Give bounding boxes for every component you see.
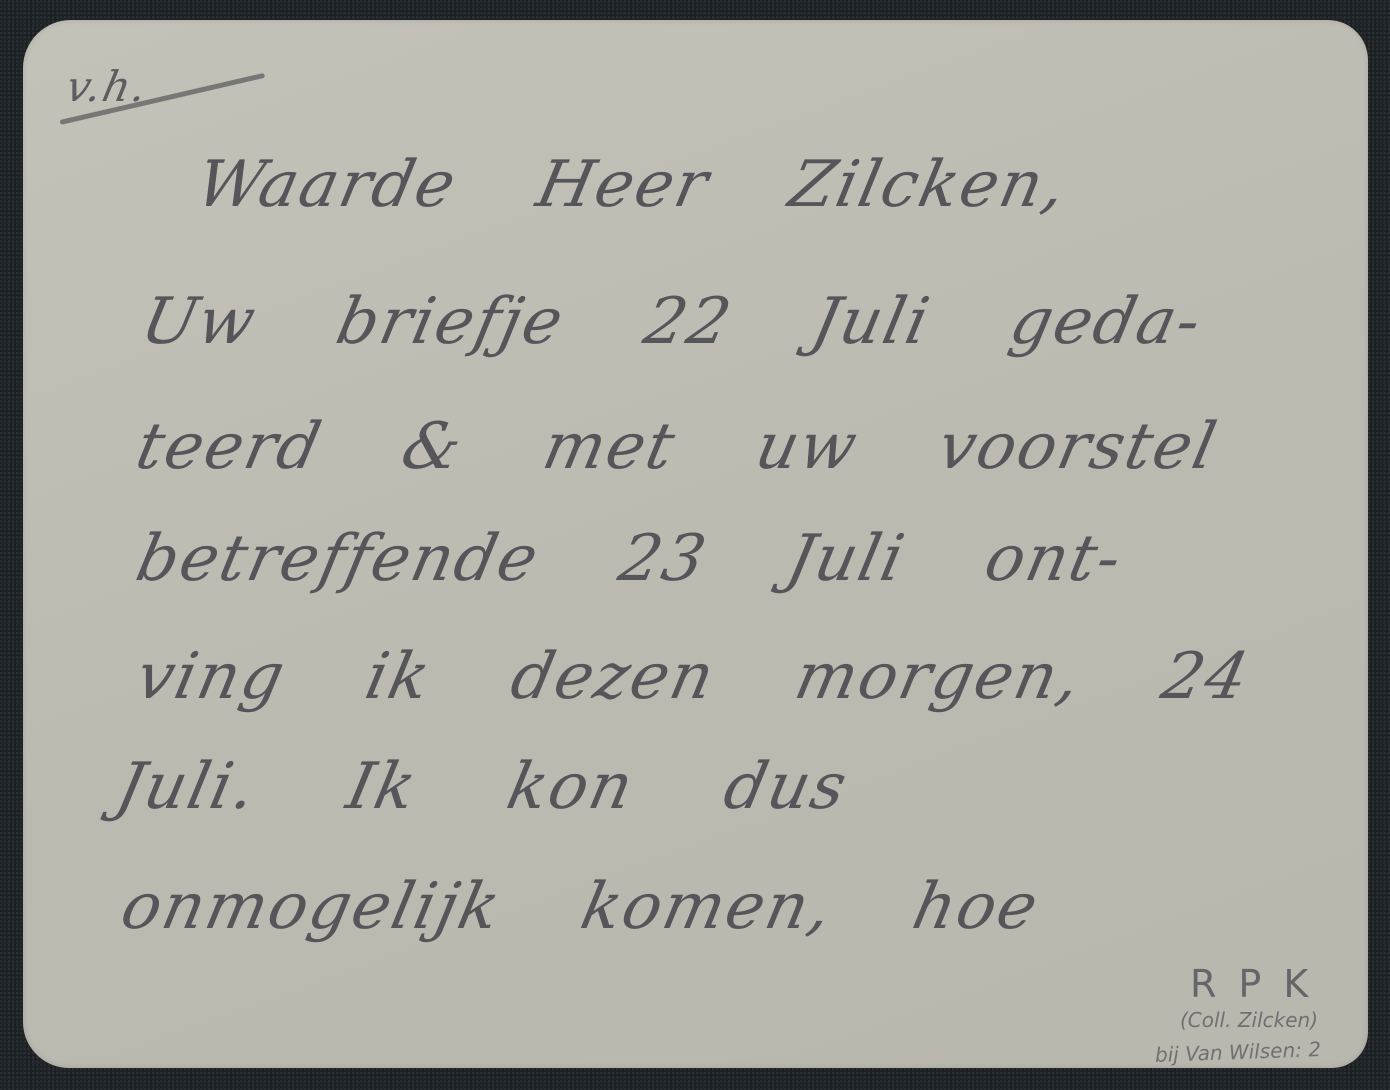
salutation-line: Waarde Heer Zilcken, [190,148,1074,222]
archive-stamp: RPK [1190,962,1330,1006]
letter-line-3: teerd & met uw voorstel [130,410,1224,484]
letter-line-7: onmogelijk komen, hoe [115,870,1046,944]
letter-line-4: betreffende 23 Juli ont- [130,522,1129,596]
archive-note-collection: (Coll. Zilcken) [1180,1008,1318,1032]
letter-line-6: Juli. Ik kon dus [110,750,855,824]
letter-line-5: ving ik dezen morgen, 24 [130,640,1256,714]
letter-line-2: Uw briefje 22 Juli geda- [135,285,1209,359]
